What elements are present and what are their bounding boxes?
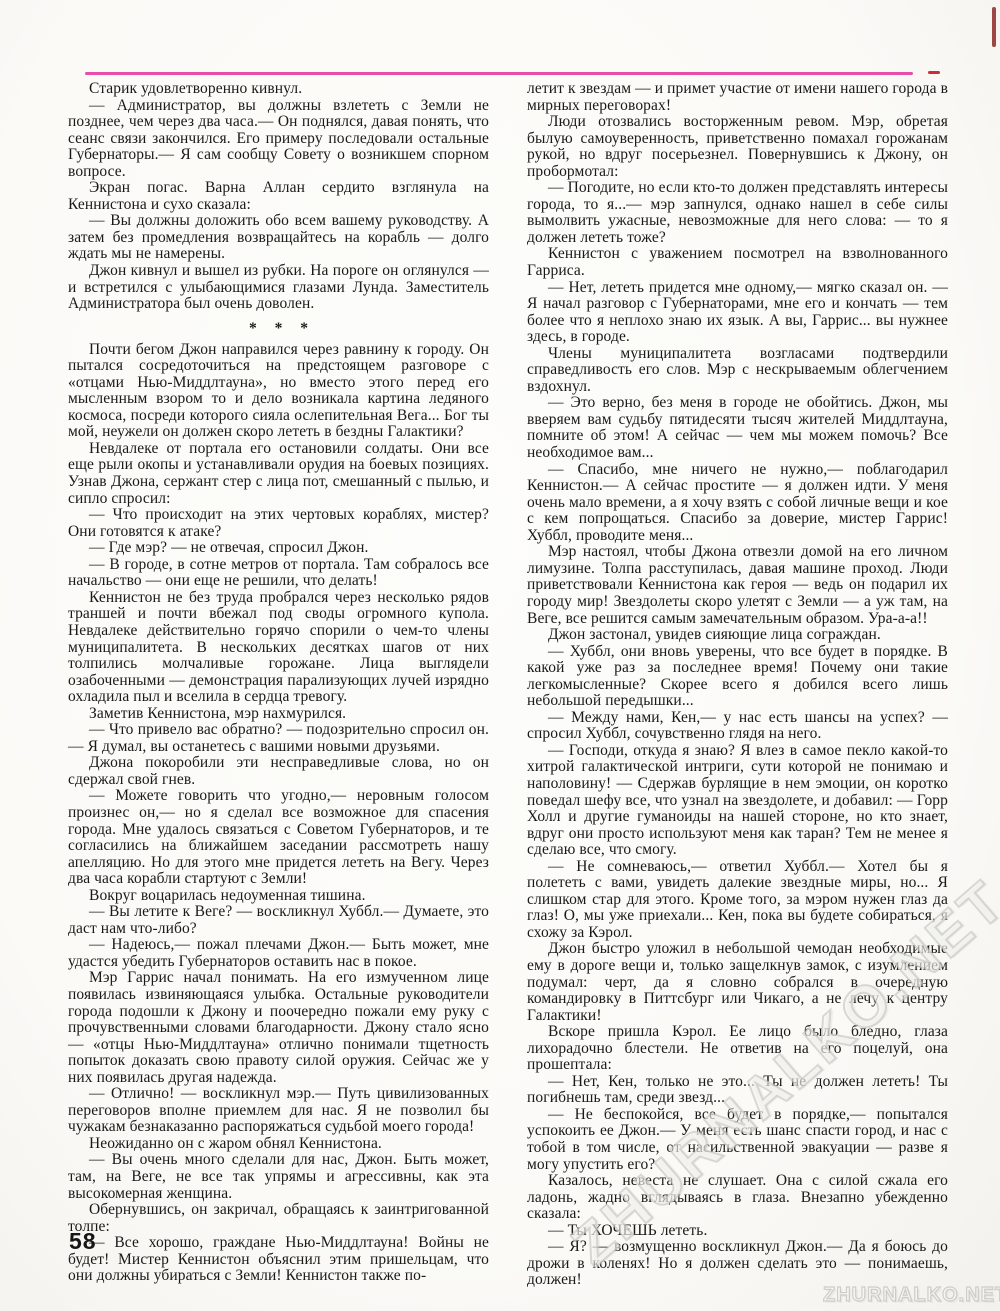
paragraph: Кеннистон не без труда пробрался через н… [68,590,489,706]
paragraph: летит к звездам — и примет участие от им… [527,81,948,114]
right-column-text: летит к звездам — и примет участие от им… [527,81,948,1289]
paragraph: Вокруг воцарилась недоуменная тишина. [68,888,489,905]
left-column-section-2: Почти бегом Джон направился через равнин… [68,342,489,1285]
paragraph: — Вы очень много сделали для нас, Джон. … [68,1152,489,1202]
paragraph: Почти бегом Джон направился через равнин… [68,342,489,441]
paragraph: — Господи, откуда я знаю? Я влез в самое… [527,743,948,859]
paragraph: — Можете говорить что угодно,— неровным … [68,788,489,887]
paragraph: Джона покоробили эти несправедливые слов… [68,755,489,788]
paragraph: — Вы летите к Веге? — воскликнул Хуббл.—… [68,904,489,937]
paragraph: — Я? — возмущенно воскликнул Джон.— Да я… [527,1239,948,1289]
paragraph: Вскоре пришла Кэрол. Ее лицо было бледно… [527,1024,948,1074]
paragraph: Люди отозвались восторженным ревом. Мэр,… [527,114,948,180]
paragraph: Кеннистон с уважением посмотрел на взвол… [527,246,948,279]
paragraph: Джон быстро уложил в небольшой чемодан н… [527,941,948,1024]
paragraph: — Нет, Кен, только не это... Ты не долже… [527,1074,948,1107]
paragraph: — Это верно, без меня в городе не обойти… [527,395,948,461]
paragraph: — Администратор, вы должны взлететь с Зе… [68,98,489,181]
paragraph: — Вы должны доложить обо всем вашему рук… [68,213,489,263]
paragraph: Старик удовлетворенно кивнул. [68,81,489,98]
pink-top-rule [85,72,913,75]
left-column: Старик удовлетворенно кивнул.— Администр… [68,81,489,1289]
paragraph: Члены муниципалитета возгласами подтверд… [527,346,948,396]
paragraph: — Нет, лететь придется мне одному,— мягк… [527,280,948,346]
paragraph: Заметив Кеннистона, мэр нахмурился. [68,706,489,723]
paragraph: — Не сомневаюсь,— ответил Хуббл.— Хотел … [527,859,948,942]
left-column-section-1: Старик удовлетворенно кивнул.— Администр… [68,81,489,313]
paragraph: Невдалеке от портала его остановили солд… [68,441,489,507]
paragraph: — В городе, в сотне метров от портала. Т… [68,557,489,590]
paragraph: — Хуббл, они вновь уверены, что все буде… [527,644,948,710]
paragraph: — Погодите, но если кто-то должен предст… [527,180,948,246]
red-rule-dash [928,71,940,74]
paragraph: — Не беспокойся, все будет в порядке,— п… [527,1107,948,1173]
paragraph: — Между нами, Кен,— у нас есть шансы на … [527,710,948,743]
paragraph: — Отлично! — воскликнул мэр.— Путь цивил… [68,1086,489,1136]
paragraph: — Ты ХОЧЕШЬ лететь. [527,1223,948,1240]
right-column: летит к звездам — и примет участие от им… [527,81,948,1289]
paragraph: Джон застонал, увидев сияющие лица согра… [527,627,948,644]
paragraph: — Что происходит на этих чертовых корабл… [68,507,489,540]
paragraph: — Надеюсь,— пожал плечами Джон.— Быть мо… [68,937,489,970]
paragraph: Обернувшись, он закричал, обращаясь к за… [68,1202,489,1235]
paragraph: — Где мэр? — не отвечая, спросил Джон. [68,540,489,557]
paragraph: Джон кивнул и вышел из рубки. На пороге … [68,263,489,313]
paragraph: Неожиданно он с жаром обнял Кеннистона. [68,1136,489,1153]
paragraph: Мэр настоял, чтобы Джона отвезли домой н… [527,544,948,627]
section-separator: * * * [68,321,489,337]
paragraph: — Спасибо, мне ничего не нужно,— поблаго… [527,462,948,545]
paragraph: — Все хорошо, граждане Нью-Миддлтауна! В… [68,1235,489,1285]
page-number: 58 [69,1228,97,1255]
paragraph: — Что привело вас обратно? — подозритель… [68,722,489,755]
paragraph: Экран погас. Варна Аллан сердито взгляну… [68,180,489,213]
scanned-book-page: Старик удовлетворенно кивнул.— Администр… [0,0,1000,1311]
paragraph: Казалось, невеста не слушает. Она с сило… [527,1173,948,1223]
paragraph: Мэр Гаррис начал понимать. На его измуче… [68,970,489,1086]
text-columns: Старик удовлетворенно кивнул.— Администр… [68,81,948,1289]
red-edge-mark [992,7,996,47]
